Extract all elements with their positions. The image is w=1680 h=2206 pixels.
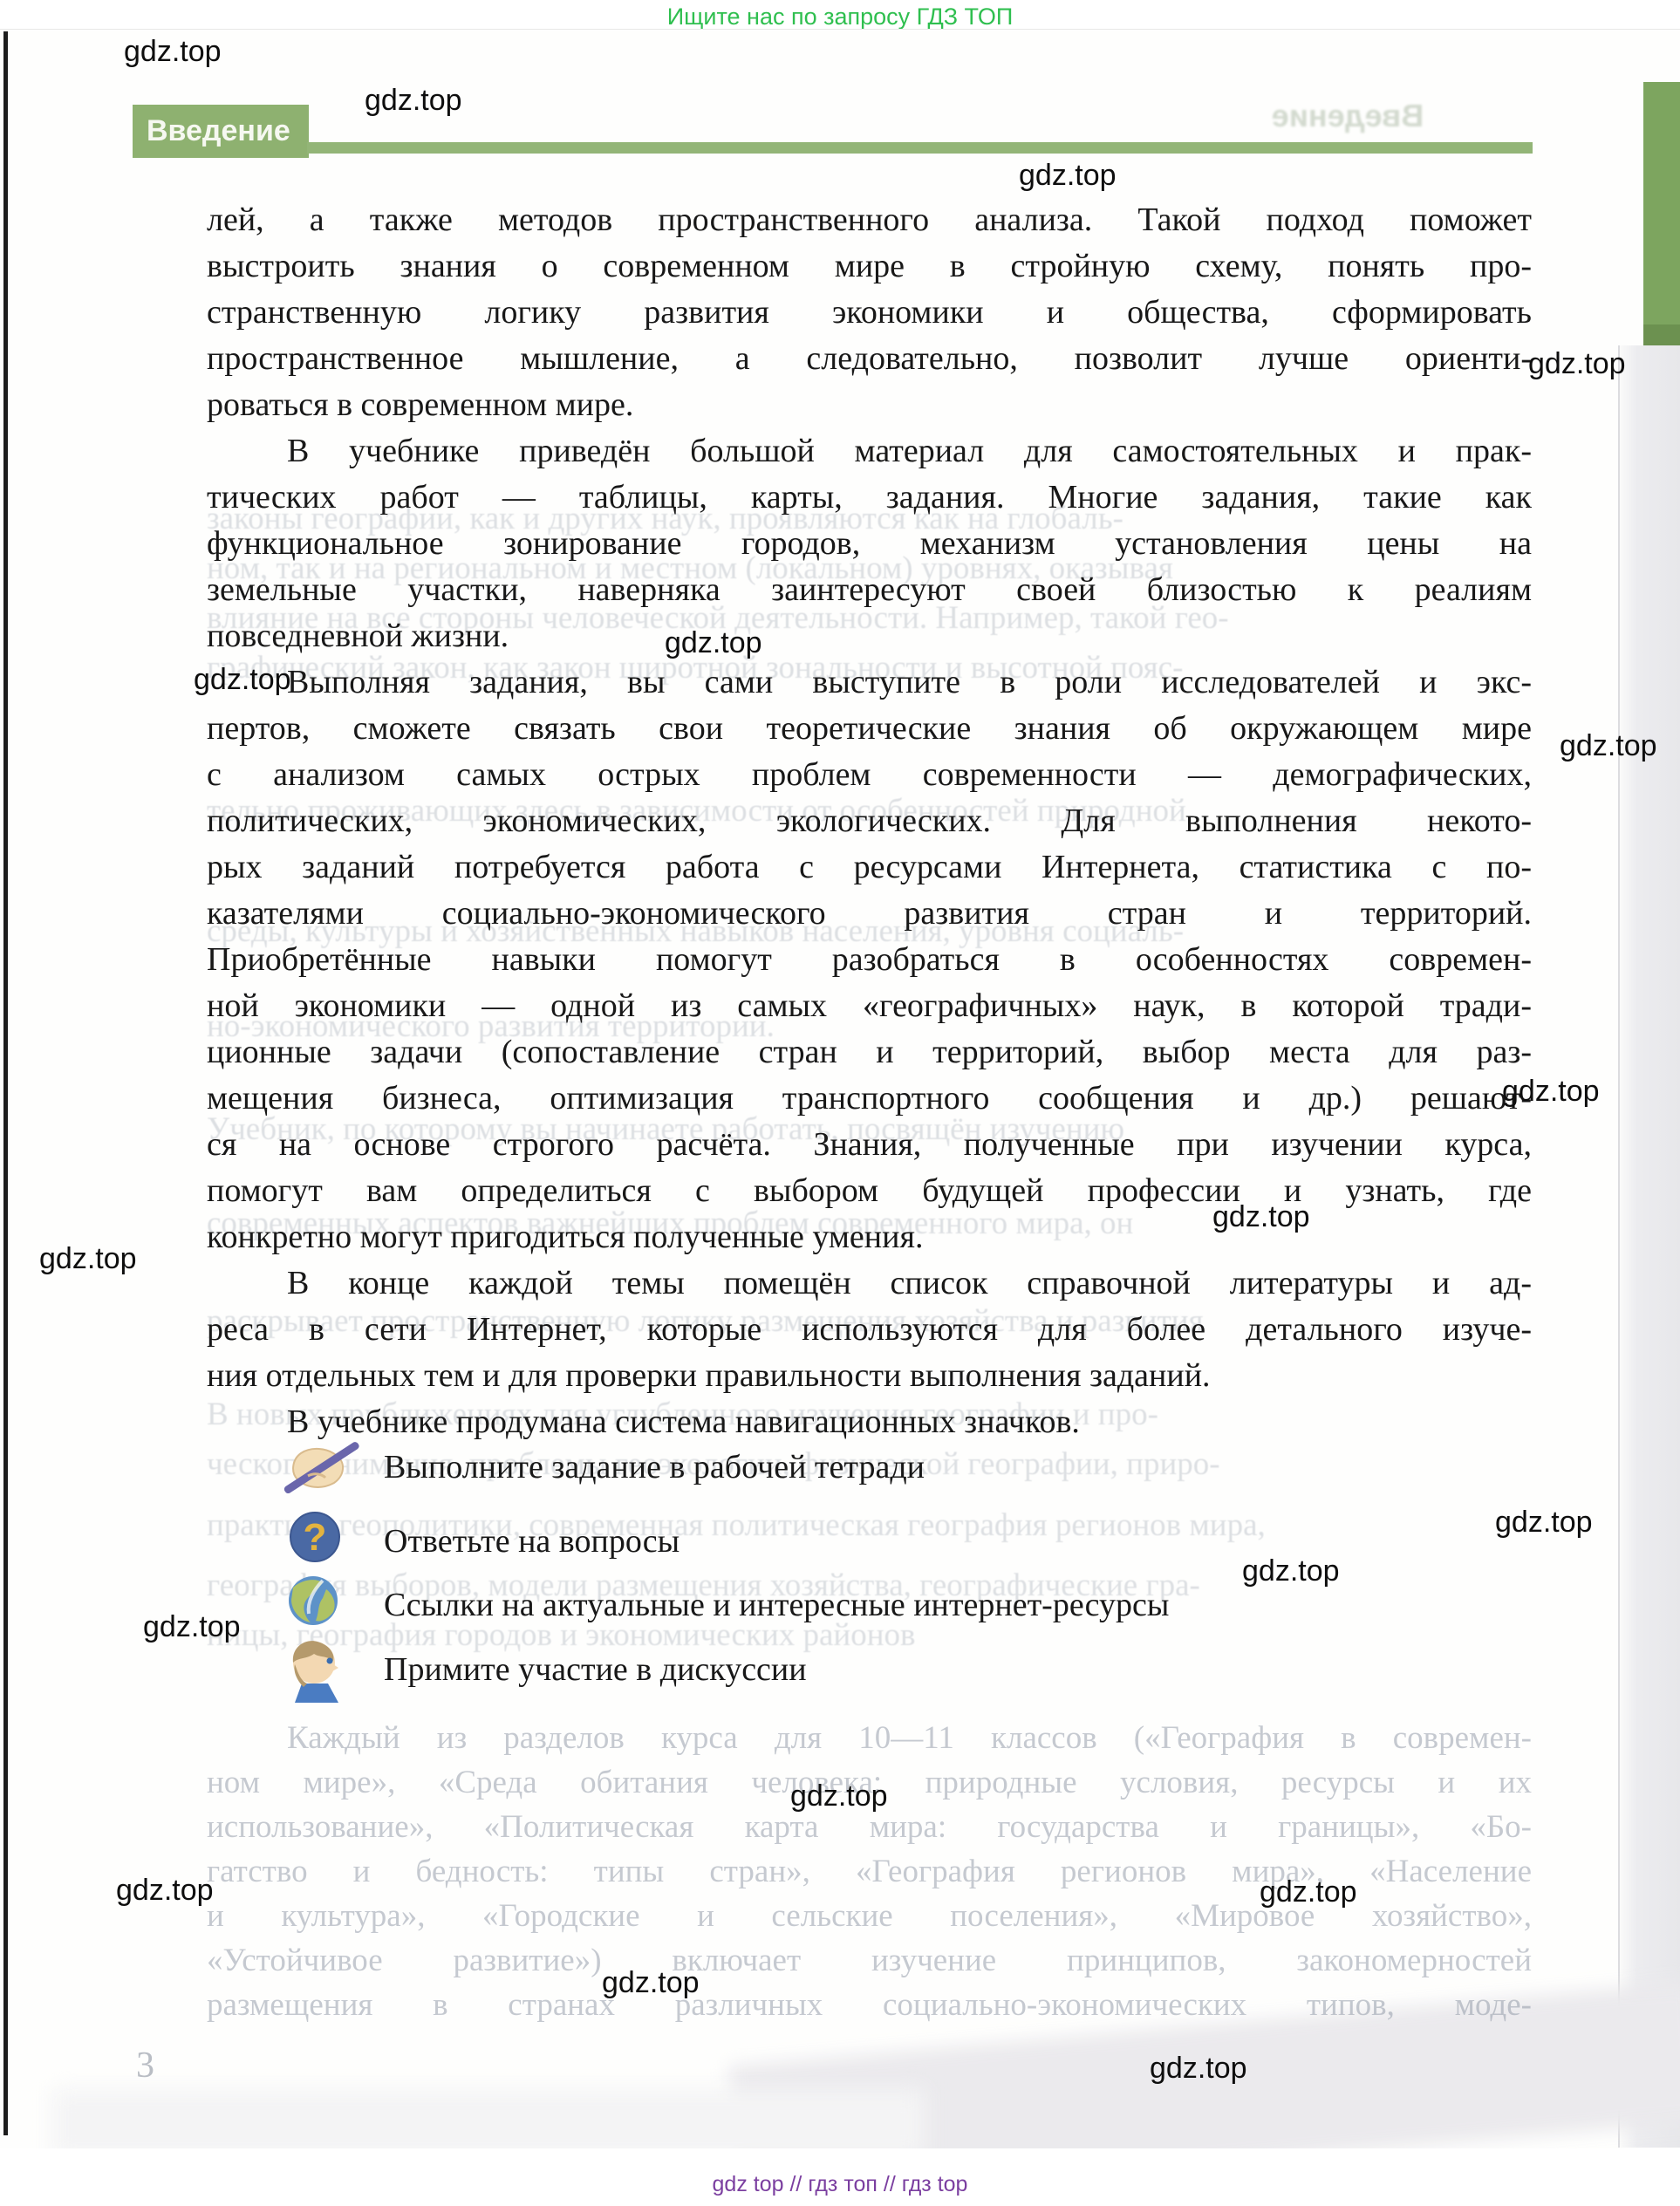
page-left-edge-line (3, 31, 8, 2135)
chapter-edge-tab-end (1643, 324, 1680, 345)
body-line: повседневной жизни. (207, 613, 1532, 659)
gdz-watermark: gdz.top (365, 84, 462, 118)
pencil-icon (282, 1438, 362, 1499)
question-icon: ? (290, 1512, 340, 1562)
page-number: 3 (136, 2045, 154, 2086)
gdz-watermark: gdz.top (194, 663, 291, 697)
legend-label: Выполните задание в рабочей тетради (384, 1448, 925, 1486)
gdz-watermark: gdz.top (1242, 1554, 1340, 1588)
top-promo-link[interactable]: Ищите нас по запросу ГДЗ ТОП (0, 3, 1680, 31)
body-line: рых заданий потребуется работа с ресурса… (207, 844, 1532, 891)
body-line: ния отдельных тем и для проверки правиль… (207, 1353, 1532, 1399)
body-line: роваться в современном мире. (207, 382, 1532, 428)
body-line: с анализом самых острых проблем современ… (207, 752, 1532, 798)
body-line: лей, а также методов пространственного а… (207, 197, 1532, 243)
gdz-watermark: gdz.top (1212, 1200, 1310, 1234)
chapter-badge: Введение (133, 105, 309, 158)
gdz-watermark: gdz.top (143, 1610, 241, 1644)
gdz-watermark: gdz.top (1260, 1875, 1357, 1909)
body-line: тических работ — таблицы, карты, задания… (207, 475, 1532, 521)
gdz-watermark: gdz.top (124, 35, 222, 69)
gdz-watermark: gdz.top (39, 1242, 137, 1276)
body-line: выстроить знания о современном мире в ст… (207, 243, 1532, 290)
body-line: пространственное мышление, а следователь… (207, 336, 1532, 382)
bleedthrough-line: Каждый из разделов курса для 10—11 класс… (207, 1717, 1532, 1760)
gdz-watermark: gdz.top (1502, 1075, 1600, 1109)
body-line: Выполняя задания, вы сами выступите в ро… (207, 659, 1532, 706)
bleedthrough-line: размещения в странах различных социально… (207, 1984, 1532, 2027)
body-line: Приобретённые навыки помогут разобраться… (207, 937, 1532, 983)
legend-label: Примите участие в дискуссии (384, 1650, 807, 1689)
page-right-edge-line (1618, 345, 1620, 2148)
body-line: ной экономики — одной из самых «географи… (207, 983, 1532, 1029)
body-line: мещения бизнеса, оптимизация транспортно… (207, 1076, 1532, 1122)
legend-label: Ответьте на вопросы (384, 1522, 680, 1561)
gdz-watermark: gdz.top (116, 1874, 214, 1908)
body-line: В учебнике приведён большой материал для… (207, 428, 1532, 475)
bleedthrough-chapter-title: Введение (1212, 98, 1483, 134)
body-line: помогут вам определиться с выбором будущ… (207, 1168, 1532, 1214)
body-line: В конце каждой темы помещён список справ… (207, 1260, 1532, 1307)
scanned-textbook-page: Ищите нас по запросу ГДЗ ТОП Введение Вв… (0, 0, 1680, 2206)
gdz-watermark: gdz.top (602, 1966, 700, 2000)
body-line: политических, экономических, экологическ… (207, 798, 1532, 844)
legend-label: Ссылки на актуальные и интересные интерн… (384, 1586, 1169, 1624)
bleedthrough-line: «Устойчивое развитие») включает изучение… (207, 1939, 1532, 1983)
person-icon (284, 1635, 345, 1708)
body-line: В учебнике продумана система навигационн… (207, 1399, 1532, 1445)
body-line: казателями социально-экономического разв… (207, 891, 1532, 937)
page-right-shadow (1619, 345, 1680, 2148)
body-line: конкретно могут пригодиться полученные у… (207, 1214, 1532, 1260)
body-line: пертов, сможете связать свои теоретическ… (207, 706, 1532, 752)
body-line: странственную логику развития экономики … (207, 290, 1532, 336)
gdz-watermark: gdz.top (1528, 347, 1626, 381)
body-line: ционные задачи (сопоставление стран и те… (207, 1029, 1532, 1076)
chapter-header-rule (307, 142, 1533, 154)
body-line: функциональное зонирование городов, меха… (207, 521, 1532, 567)
gdz-watermark: gdz.top (665, 626, 762, 660)
gdz-watermark: gdz.top (790, 1779, 888, 1813)
gdz-watermark: gdz.top (1560, 729, 1657, 763)
gdz-watermark: gdz.top (1150, 2052, 1247, 2086)
body-line: ся на основе строгого расчёта. Знания, п… (207, 1122, 1532, 1168)
body-line: земельные участки, наверняка заинтересую… (207, 567, 1532, 613)
gdz-watermark: gdz.top (1495, 1506, 1593, 1540)
chapter-edge-tab (1643, 82, 1680, 345)
footer-promo-link[interactable]: gdz top // гдз топ // гдз top (0, 2172, 1680, 2197)
gdz-watermark: gdz.top (1019, 159, 1117, 193)
body-line: реса в сети Интернет, которые используют… (207, 1307, 1532, 1353)
svg-text:?: ? (304, 1516, 327, 1559)
globe-icon (288, 1575, 338, 1626)
